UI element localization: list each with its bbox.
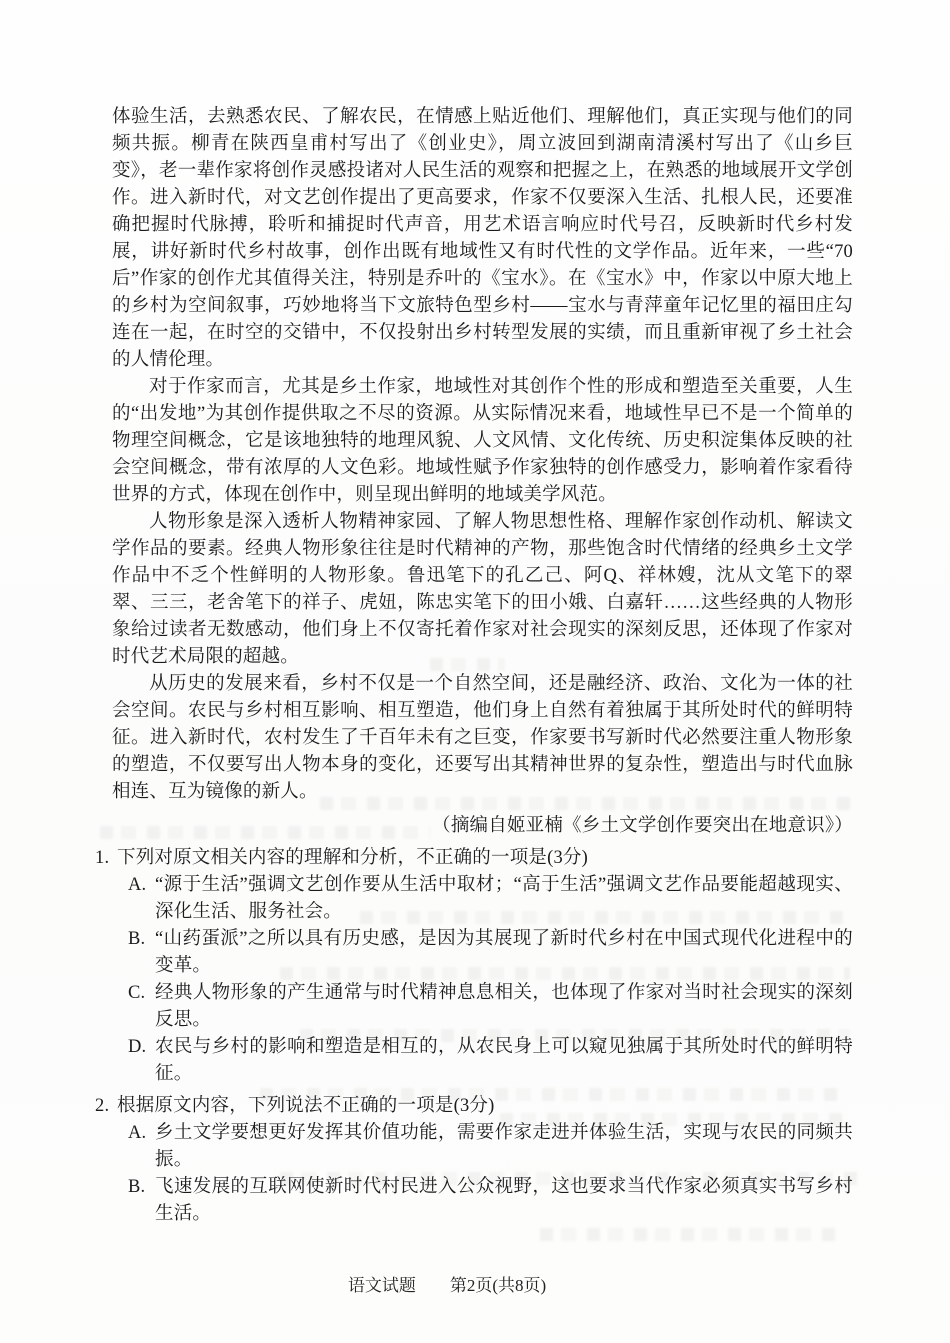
question-2: 2. 根据原文内容，下列说法不正确的一项是(3分) A. 乡土文学要想更好发挥其… <box>95 1093 853 1228</box>
question-1-option-a: A. “源于生活”强调文艺创作要从生活中取材；“高于生活”强调文艺作品要能超越现… <box>128 872 853 926</box>
question-1-option-d: D. 农民与乡村的影响和塑造是相互的，从农民身上可以窥见独属于其所处时代的鲜明特… <box>128 1034 853 1088</box>
passage-paragraph-1: 体验生活，去熟悉农民、了解农民，在情感上贴近他们、理解他们，真正实现与他们的同频… <box>112 104 853 374</box>
option-text: “山药蛋派”之所以具有历史感，是因为其展现了新时代乡村在中国式现代化进程中的变革… <box>155 926 853 980</box>
question-1-option-c: C. 经典人物形象的产生通常与时代精神息息相关，也体现了作家对当时社会现实的深刻… <box>128 980 853 1034</box>
option-label: B. <box>128 926 155 980</box>
question-1: 1. 下列对原文相关内容的理解和分析，不正确的一项是(3分) A. “源于生活”… <box>95 845 853 1088</box>
option-text: 飞速发展的互联网使新时代村民进入公众视野，这也要求当代作家必须真实书写乡村生活。 <box>155 1174 853 1228</box>
option-text: 乡土文学要想更好发挥其价值功能，需要作家走进并体验生活，实现与农民的同频共振。 <box>155 1120 853 1174</box>
option-label: C. <box>128 980 155 1034</box>
footer-page-info: 第2页(共8页) <box>450 1271 546 1296</box>
bleedthrough-artifact <box>540 1228 840 1241</box>
exam-content: 体验生活，去熟悉农民、了解农民，在情感上贴近他们、理解他们，真正实现与他们的同频… <box>95 104 853 1228</box>
question-1-option-b: B. “山药蛋派”之所以具有历史感，是因为其展现了新时代乡村在中国式现代化进程中… <box>128 926 853 980</box>
option-label: B. <box>128 1174 155 1228</box>
question-2-number: 2. <box>95 1093 117 1120</box>
option-text: 农民与乡村的影响和塑造是相互的，从农民身上可以窥见独属于其所处时代的鲜明特征。 <box>155 1034 853 1088</box>
option-text: “源于生活”强调文艺创作要从生活中取材；“高于生活”强调文艺作品要能超越现实、深… <box>155 872 853 926</box>
passage-paragraph-4: 从历史的发展来看，乡村不仅是一个自然空间，还是融经济、政治、文化为一体的社会空间… <box>112 671 853 806</box>
footer-doc-label: 语文试题 <box>348 1271 416 1296</box>
option-label: D. <box>128 1034 155 1088</box>
question-2-option-b: B. 飞速发展的互联网使新时代村民进入公众视野，这也要求当代作家必须真实书写乡村… <box>128 1174 853 1228</box>
option-text: 经典人物形象的产生通常与时代精神息息相关，也体现了作家对当时社会现实的深刻反思。 <box>155 980 853 1034</box>
question-2-stem: 2. 根据原文内容，下列说法不正确的一项是(3分) <box>95 1093 853 1120</box>
footer-gap <box>416 1271 450 1296</box>
passage-paragraph-3: 人物形象是深入透析人物精神家园、了解人物思想性格、理解作家创作动机、解读文学作品… <box>112 509 853 671</box>
exam-page: 体验生活，去熟悉农民、了解农民，在情感上贴近他们、理解他们，真正实现与他们的同频… <box>0 0 950 1343</box>
question-2-stem-text: 根据原文内容，下列说法不正确的一项是(3分) <box>117 1093 853 1120</box>
question-2-option-a: A. 乡土文学要想更好发挥其价值功能，需要作家走进并体验生活，实现与农民的同频共… <box>128 1120 853 1174</box>
passage-attribution: （摘编自姬亚楠《乡土文学创作要突出在地意识》） <box>112 813 853 840</box>
option-label: A. <box>128 872 155 926</box>
passage-paragraph-2: 对于作家而言，尤其是乡土作家，地域性对其创作个性的形成和塑造至关重要，人生的“出… <box>112 374 853 509</box>
question-1-stem-text: 下列对原文相关内容的理解和分析，不正确的一项是(3分) <box>117 845 853 872</box>
page-footer: 语文试题 第2页(共8页) <box>0 1271 922 1296</box>
question-1-stem: 1. 下列对原文相关内容的理解和分析，不正确的一项是(3分) <box>95 845 853 872</box>
option-label: A. <box>128 1120 155 1174</box>
question-1-number: 1. <box>95 845 117 872</box>
